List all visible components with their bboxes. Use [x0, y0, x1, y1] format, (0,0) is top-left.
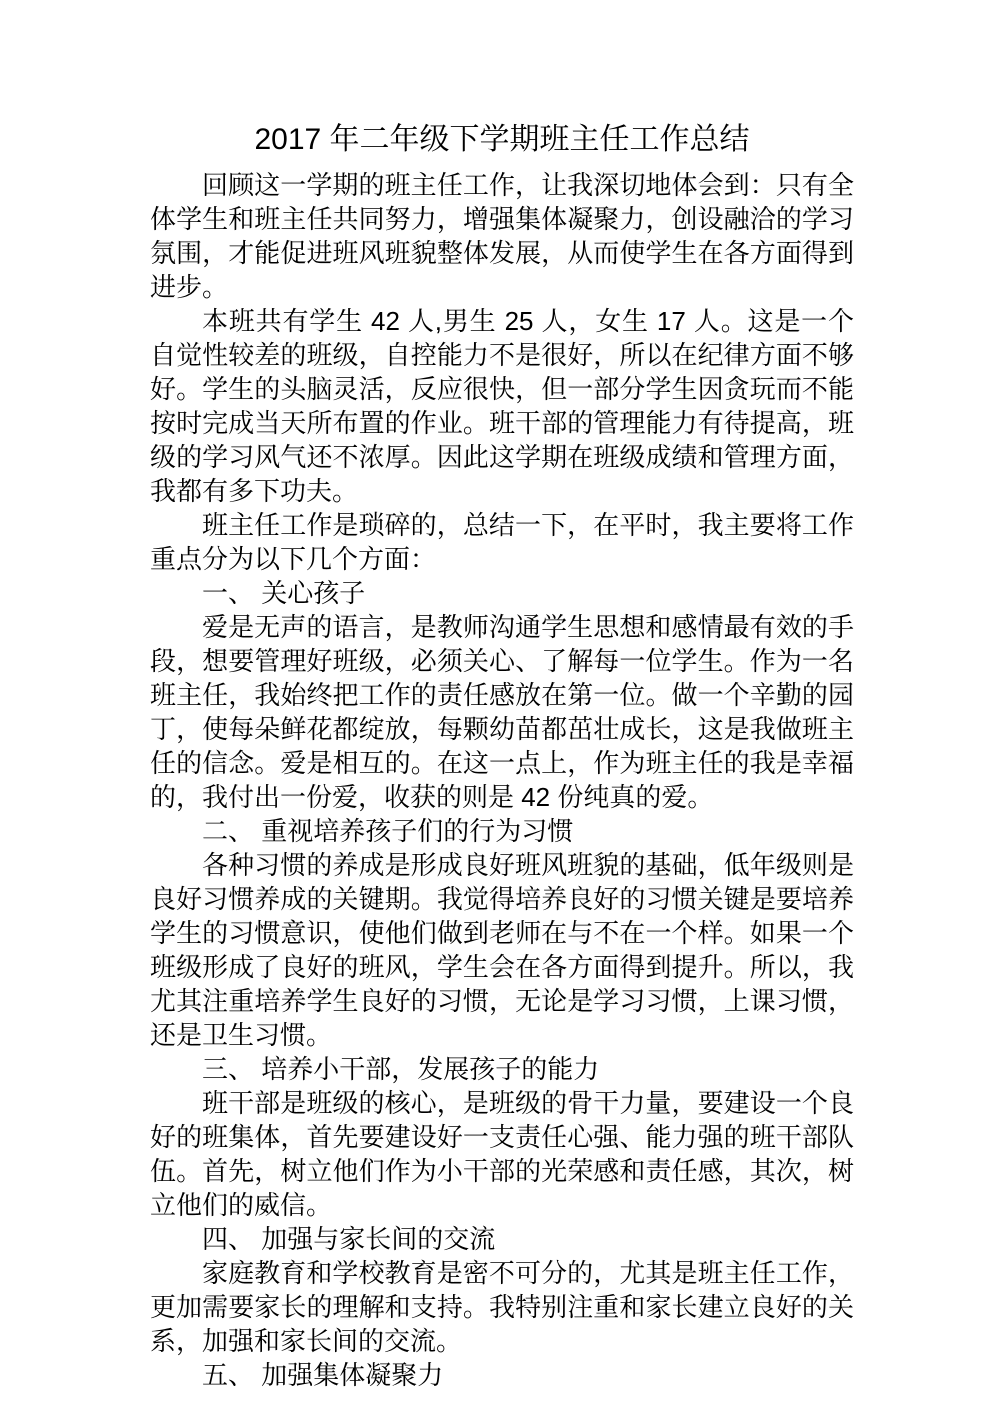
section-heading-5: 五、 加强集体凝聚力 — [150, 1358, 854, 1392]
paragraph-section-1: 爱是无声的语言，是教师沟通学生思想和感情最有效的手段，想要管理好班级，必须关心、… — [150, 610, 854, 814]
paragraph-section-3: 班干部是班级的核心，是班级的骨干力量，要建设一个良好的班集体，首先要建设好一支责… — [150, 1086, 854, 1222]
paragraph-class-profile: 本班共有学生 42 人,男生 25 人，女生 17 人。这是一个自觉性较差的班级… — [150, 304, 854, 508]
section-heading-4: 四、 加强与家长间的交流 — [150, 1222, 854, 1256]
paragraph-section-4: 家庭教育和学校教育是密不可分的，尤其是班主任工作，更加需要家长的理解和支持。我特… — [150, 1256, 854, 1358]
document-page: 2017 年二年级下学期班主任工作总结 回顾这一学期的班主任工作，让我深切地体会… — [0, 0, 1000, 1415]
section-heading-2: 二、 重视培养孩子们的行为习惯 — [150, 814, 854, 848]
paragraph-section-2: 各种习惯的养成是形成良好班风班貌的基础，低年级则是良好习惯养成的关键期。我觉得培… — [150, 848, 854, 1052]
section-heading-1: 一、 关心孩子 — [150, 576, 854, 610]
section-heading-3: 三、 培养小干部，发展孩子的能力 — [150, 1052, 854, 1086]
paragraph-work-focus-intro: 班主任工作是琐碎的，总结一下，在平时，我主要将工作重点分为以下几个方面： — [150, 508, 854, 576]
paragraph-overview: 回顾这一学期的班主任工作，让我深切地体会到：只有全体学生和班主任共同努力，增强集… — [150, 168, 854, 304]
document-title: 2017 年二年级下学期班主任工作总结 — [150, 120, 854, 160]
